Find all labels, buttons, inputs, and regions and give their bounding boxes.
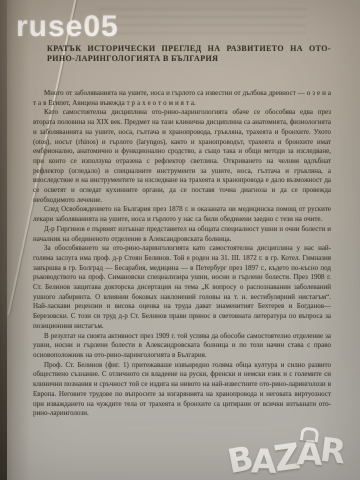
bazar-letter: A — [251, 444, 275, 477]
paragraph: В резултат на своята активност през 1909… — [33, 332, 331, 361]
paragraph: Д-р Гиргинов е първият изтъкнат представ… — [33, 225, 331, 244]
paragraph: Много от заболяванията на ушите, носа и … — [33, 89, 331, 108]
book-page-photo: ruse05 КРАТЪК ИСТОРИЧЕСКИ ПРЕГЛЕД НА РАЗ… — [0, 0, 360, 480]
reverse-side-showthrough — [96, 8, 306, 34]
paragraph: Като самостоятелна дисциплина ото-рино-л… — [33, 108, 331, 205]
bazar-marketplace-watermark: B A Z A R — [227, 437, 345, 478]
page-content: КРАТЪК ИСТОРИЧЕСКИ ПРЕГЛЕД НА РАЗВИТИЕТО… — [33, 44, 331, 419]
body-text: Много от заболяванията на ушите, носа и … — [33, 89, 331, 419]
paragraph: Проф. Ст. Белинов (фиг. 1) притежаваше и… — [33, 361, 331, 419]
shopping-bag-handle-icon — [300, 426, 320, 442]
page-edge-shadow — [0, 0, 7, 480]
page-title: КРАТЪК ИСТОРИЧЕСКИ ПРЕГЛЕД НА РАЗВИТИЕТО… — [47, 44, 331, 64]
seller-watermark: ruse05 — [16, 10, 119, 44]
paragraph: След Освобождението на България през 187… — [33, 205, 331, 224]
bazar-letter: R — [319, 433, 346, 469]
paragraph: За обособяването на ото-рино-ларингологи… — [33, 244, 331, 331]
